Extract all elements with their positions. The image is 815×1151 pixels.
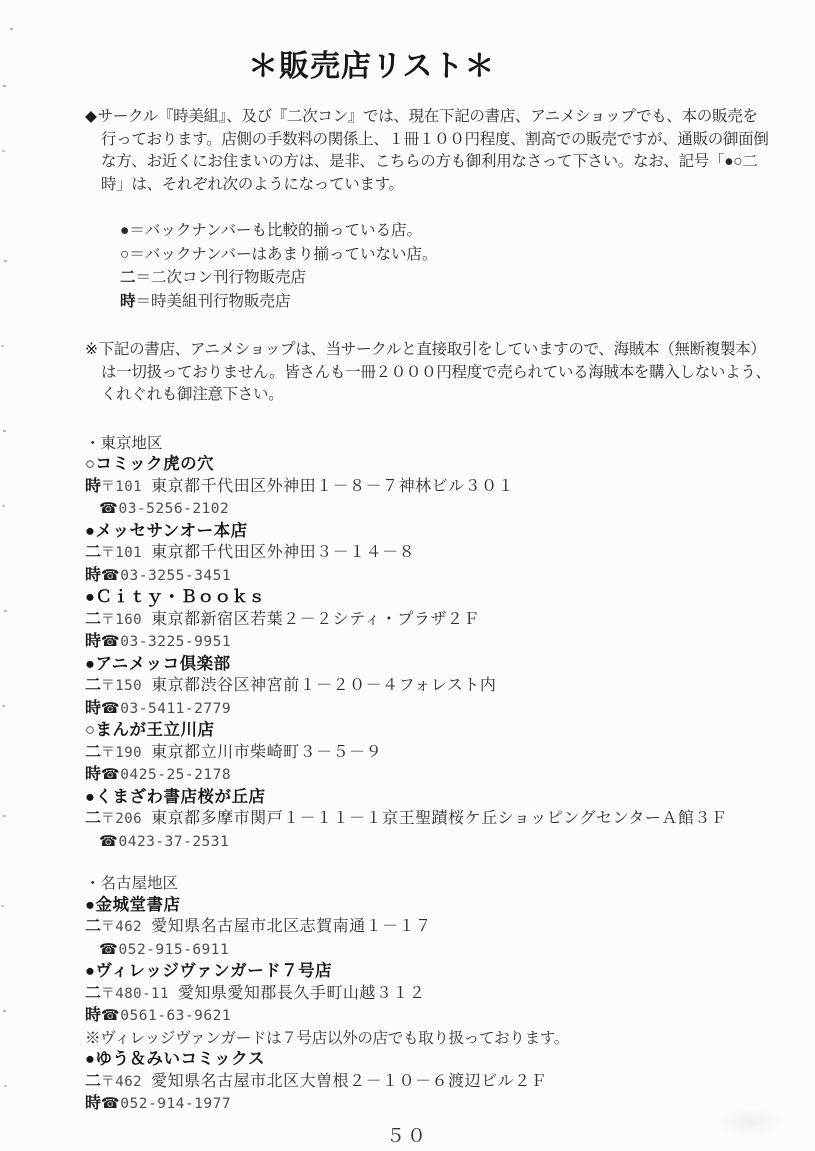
phone-number: 0423-37-2531 <box>118 834 229 850</box>
store-entry: ●ヴィレッジヴァンガード７号店 二〒480-11愛知県愛知郡長久手町山越３１２ … <box>85 961 775 1049</box>
store-address-line: 二〒206東京都多摩市関戸１－１１－１京王聖蹟桜ケ丘ショッピングセンターＡ館３Ｆ <box>85 808 775 831</box>
filled-circle-icon: ● <box>120 222 129 239</box>
store-note: ※ヴィレッジヴァンガードは７号店以外の店でも取り扱っております。 <box>85 1028 775 1050</box>
store-name: メッセサンオー本店 <box>95 522 247 540</box>
availability-marker-icon: ● <box>85 788 95 806</box>
store-phone-line: 時☎03-5411-2779 <box>85 698 775 721</box>
store-address-line: 二〒462愛知県名古屋市北区大曽根２－１０－６渡辺ビル２Ｆ <box>85 1071 775 1094</box>
store-entry: ●Ｃｉｔｙ・Ｂｏｏｋｓ 二〒160東京都新宿区若葉２－２シティ・プラザ２Ｆ 時☎… <box>85 587 775 654</box>
store-tag: 時 <box>85 700 101 717</box>
postal-code: 〒462 <box>101 1074 142 1090</box>
store-name: アニメッコ倶楽部 <box>95 655 230 673</box>
notice-line: くれぐれも御注意下さい。 <box>85 384 775 407</box>
store-address: 愛知県名古屋市北区大曽根２－１０－６渡辺ビル２Ｆ <box>151 1073 547 1090</box>
page-title: ＊販売店リスト＊ <box>85 46 495 88</box>
store-name-line: ●ヴィレッジヴァンガード７号店 <box>85 961 775 983</box>
postal-code: 〒150 <box>101 678 142 694</box>
toki-symbol: 時 <box>120 293 136 310</box>
store-phone-line: ☎03-5256-2102 <box>85 498 775 521</box>
store-address: 東京都多摩市関戸１－１１－１京王聖蹟桜ケ丘ショッピングセンターＡ館３Ｆ <box>151 810 727 827</box>
store-name-line: ●ゆう＆みいコミックス <box>85 1049 775 1071</box>
notice-text: 下記の書店、アニメショップは、当サークルと直接取引をしていますので、海賊本（無断… <box>99 341 766 358</box>
notice-line: ※下記の書店、アニメショップは、当サークルと直接取引をしていますので、海賊本（無… <box>85 339 775 362</box>
intro-line: 行っております。店側の手数料の関係上、１冊１００円程度、割高での販売ですが、通販… <box>85 129 775 152</box>
store-address: 愛知県名古屋市北区志賀南通１－１７ <box>151 918 432 935</box>
store-entry: ○まんが王立川店 二〒190東京都立川市柴崎町３－５－９ 時☎0425-25-2… <box>85 720 775 787</box>
phone-icon: ☎ <box>101 1008 119 1024</box>
legend-item: ●＝バックナンバーも比較的揃っている店。 <box>120 219 775 243</box>
store-address: 東京都新宿区若葉２－２シティ・プラザ２Ｆ <box>151 611 480 628</box>
store-phone-line: ☎052-915-6911 <box>85 939 775 962</box>
postal-code: 〒101 <box>101 545 142 561</box>
store-tag: 時 <box>85 1095 101 1112</box>
intro-line: ◆サークル『時美組』、及び『二次コン』では、現在下記の書店、アニメショップでも、… <box>85 106 775 129</box>
availability-marker-icon: ● <box>85 896 95 914</box>
store-phone-line: 時☎03-3255-3451 <box>85 565 775 588</box>
store-tag: 時 <box>85 1007 101 1024</box>
store-name: ヴィレッジヴァンガード７号店 <box>95 962 332 980</box>
phone-number: 03-5256-2102 <box>118 501 229 517</box>
phone-number: 03-3225-9951 <box>120 634 231 650</box>
store-name-line: ○コミック虎の穴 <box>85 454 775 476</box>
postal-code: 〒480-11 <box>101 986 169 1002</box>
store-tag: 二 <box>85 611 101 628</box>
store-address: 東京都千代田区外神田１－８－７神林ビル３０１ <box>151 478 514 495</box>
store-address-line: 時〒101東京都千代田区外神田１－８－７神林ビル３０１ <box>85 476 775 499</box>
store-name-line: ●Ｃｉｔｙ・Ｂｏｏｋｓ <box>85 587 775 609</box>
phone-icon: ☎ <box>101 701 119 717</box>
piracy-notice: ※下記の書店、アニメショップは、当サークルと直接取引をしていますので、海賊本（無… <box>85 339 775 407</box>
availability-marker-icon: ● <box>85 655 95 673</box>
store-address-line: 二〒190東京都立川市柴崎町３－５－９ <box>85 742 775 765</box>
availability-marker-icon: ● <box>85 1050 95 1068</box>
availability-marker-icon: ● <box>85 962 95 980</box>
symbol-legend: ●＝バックナンバーも比較的揃っている店。 ○＝バックナンバーはあまり揃っていない… <box>120 219 775 313</box>
store-name: コミック虎の穴 <box>95 455 214 473</box>
phone-icon: ☎ <box>101 1096 119 1112</box>
store-entry: ●金城堂書店 二〒462愛知県名古屋市北区志賀南通１－１７ ☎052-915-6… <box>85 895 775 962</box>
store-tag: 時 <box>85 478 101 495</box>
store-entry: ●アニメッコ倶楽部 二〒150東京都渋谷区神宮前１－２０－４フォレスト内 時☎0… <box>85 654 775 721</box>
ni-symbol: 二 <box>120 269 136 286</box>
section-nagoya: ・名古屋地区 ●金城堂書店 二〒462愛知県名古屋市北区志賀南通１－１７ ☎05… <box>85 873 775 1116</box>
phone-icon: ☎ <box>101 634 119 650</box>
store-address-line: 二〒160東京都新宿区若葉２－２シティ・プラザ２Ｆ <box>85 609 775 632</box>
store-tag: 二 <box>85 544 101 561</box>
availability-marker-icon: ○ <box>85 455 95 473</box>
store-tag: 二 <box>85 744 101 761</box>
postal-code: 〒101 <box>101 479 142 495</box>
postal-code: 〒190 <box>101 745 142 761</box>
postal-code: 〒160 <box>101 612 142 628</box>
legend-text: ＝時美組刊行物販売店 <box>136 293 291 310</box>
availability-marker-icon: ● <box>85 588 95 606</box>
store-name-line: ●くまざわ書店桜が丘店 <box>85 787 775 809</box>
legend-item: ○＝バックナンバーはあまり揃っていない店。 <box>120 243 775 267</box>
intro-line: な方、お近くにお住まいの方は、是非、こちらの方も御利用なさって下さい。なお、記号… <box>85 151 775 174</box>
scanned-page: ＊販売店リスト＊ ◆サークル『時美組』、及び『二次コン』では、現在下記の書店、ア… <box>0 0 815 1151</box>
section-tokyo: ・東京地区 ○コミック虎の穴 時〒101東京都千代田区外神田１－８－７神林ビル３… <box>85 433 775 854</box>
diamond-bullet-icon: ◆ <box>85 108 97 125</box>
notice-line: は一切扱っておりません。皆さんも一冊２０００円程度で売られている海賊本を購入しな… <box>85 362 775 385</box>
store-name: ゆう＆みいコミックス <box>95 1050 265 1068</box>
store-tag: 時 <box>85 766 101 783</box>
availability-marker-icon: ● <box>85 522 95 540</box>
legend-item: 二＝二次コン刊行物販売店 <box>120 266 775 290</box>
store-name-line: ●メッセサンオー本店 <box>85 521 775 543</box>
store-name: Ｃｉｔｙ・Ｂｏｏｋｓ <box>95 588 265 606</box>
page-number: ５０ <box>62 1121 752 1148</box>
open-circle-icon: ○ <box>120 246 129 263</box>
section-heading: ・名古屋地区 <box>85 873 775 895</box>
legend-text: ＝二次コン刊行物販売店 <box>136 269 307 286</box>
store-tag: 時 <box>85 633 101 650</box>
phone-number: 03-5411-2779 <box>120 701 231 717</box>
postal-code: 〒462 <box>101 919 142 935</box>
store-address: 東京都立川市柴崎町３－５－９ <box>151 744 382 761</box>
phone-number: 0425-25-2178 <box>120 767 231 783</box>
store-tag: 時 <box>85 567 101 584</box>
store-name-line: ●アニメッコ倶楽部 <box>85 654 775 676</box>
store-name: くまざわ書店桜が丘店 <box>95 788 265 806</box>
store-phone-line: 時☎052-914-1977 <box>85 1093 775 1116</box>
store-address: 東京都渋谷区神宮前１－２０－４フォレスト内 <box>151 677 496 694</box>
phone-icon: ☎ <box>99 942 117 958</box>
store-name: まんが王立川店 <box>95 721 214 739</box>
store-name-line: ○まんが王立川店 <box>85 720 775 742</box>
intro-text: サークル『時美組』、及び『二次コン』では、現在下記の書店、アニメショップでも、本… <box>98 108 758 125</box>
phone-number: 03-3255-3451 <box>120 568 231 584</box>
phone-icon: ☎ <box>101 568 119 584</box>
phone-icon: ☎ <box>99 501 117 517</box>
store-tag: 二 <box>85 677 101 694</box>
intro-paragraph: ◆サークル『時美組』、及び『二次コン』では、現在下記の書店、アニメショップでも、… <box>85 106 775 196</box>
store-address-line: 二〒101東京都千代田区外神田３－１４－８ <box>85 542 775 565</box>
store-tag: 二 <box>85 918 101 935</box>
store-address: 東京都千代田区外神田３－１４－８ <box>151 544 415 561</box>
phone-number: 052-915-6911 <box>118 942 229 958</box>
store-tag: 二 <box>85 810 101 827</box>
legend-text: ＝バックナンバーも比較的揃っている店。 <box>129 222 422 239</box>
store-tag: 二 <box>85 985 101 1002</box>
reference-mark-icon: ※ <box>85 341 98 358</box>
legend-text: ＝バックナンバーはあまり揃っていない店。 <box>129 246 437 263</box>
store-phone-line: ☎0423-37-2531 <box>85 831 775 854</box>
phone-number: 0561-63-9621 <box>120 1008 231 1024</box>
phone-icon: ☎ <box>101 767 119 783</box>
store-entry: ●くまざわ書店桜が丘店 二〒206東京都多摩市関戸１－１１－１京王聖蹟桜ケ丘ショ… <box>85 787 775 854</box>
store-phone-line: 時☎0425-25-2178 <box>85 764 775 787</box>
store-name-line: ●金城堂書店 <box>85 895 775 917</box>
store-tag: 二 <box>85 1073 101 1090</box>
store-address-line: 二〒462愛知県名古屋市北区志賀南通１－１７ <box>85 916 775 939</box>
store-address-line: 二〒480-11愛知県愛知郡長久手町山越３１２ <box>85 983 775 1006</box>
availability-marker-icon: ○ <box>85 721 95 739</box>
store-phone-line: 時☎0561-63-9621 <box>85 1005 775 1028</box>
store-address: 愛知県愛知郡長久手町山越３１２ <box>178 985 426 1002</box>
phone-number: 052-914-1977 <box>120 1096 231 1112</box>
intro-line: 時」は、それぞれ次のようになっています。 <box>85 174 775 197</box>
legend-item: 時＝時美組刊行物販売店 <box>120 290 775 314</box>
scan-noise-specks <box>1 0 4 2</box>
phone-icon: ☎ <box>99 834 117 850</box>
postal-code: 〒206 <box>101 811 142 827</box>
store-name: 金城堂書店 <box>95 896 180 914</box>
store-entry: ●メッセサンオー本店 二〒101東京都千代田区外神田３－１４－８ 時☎03-32… <box>85 521 775 588</box>
store-address-line: 二〒150東京都渋谷区神宮前１－２０－４フォレスト内 <box>85 675 775 698</box>
store-phone-line: 時☎03-3225-9951 <box>85 631 775 654</box>
store-entry: ●ゆう＆みいコミックス 二〒462愛知県名古屋市北区大曽根２－１０－６渡辺ビル２… <box>85 1049 775 1116</box>
section-heading: ・東京地区 <box>85 433 775 455</box>
store-entry: ○コミック虎の穴 時〒101東京都千代田区外神田１－８－７神林ビル３０１ ☎03… <box>85 454 775 521</box>
